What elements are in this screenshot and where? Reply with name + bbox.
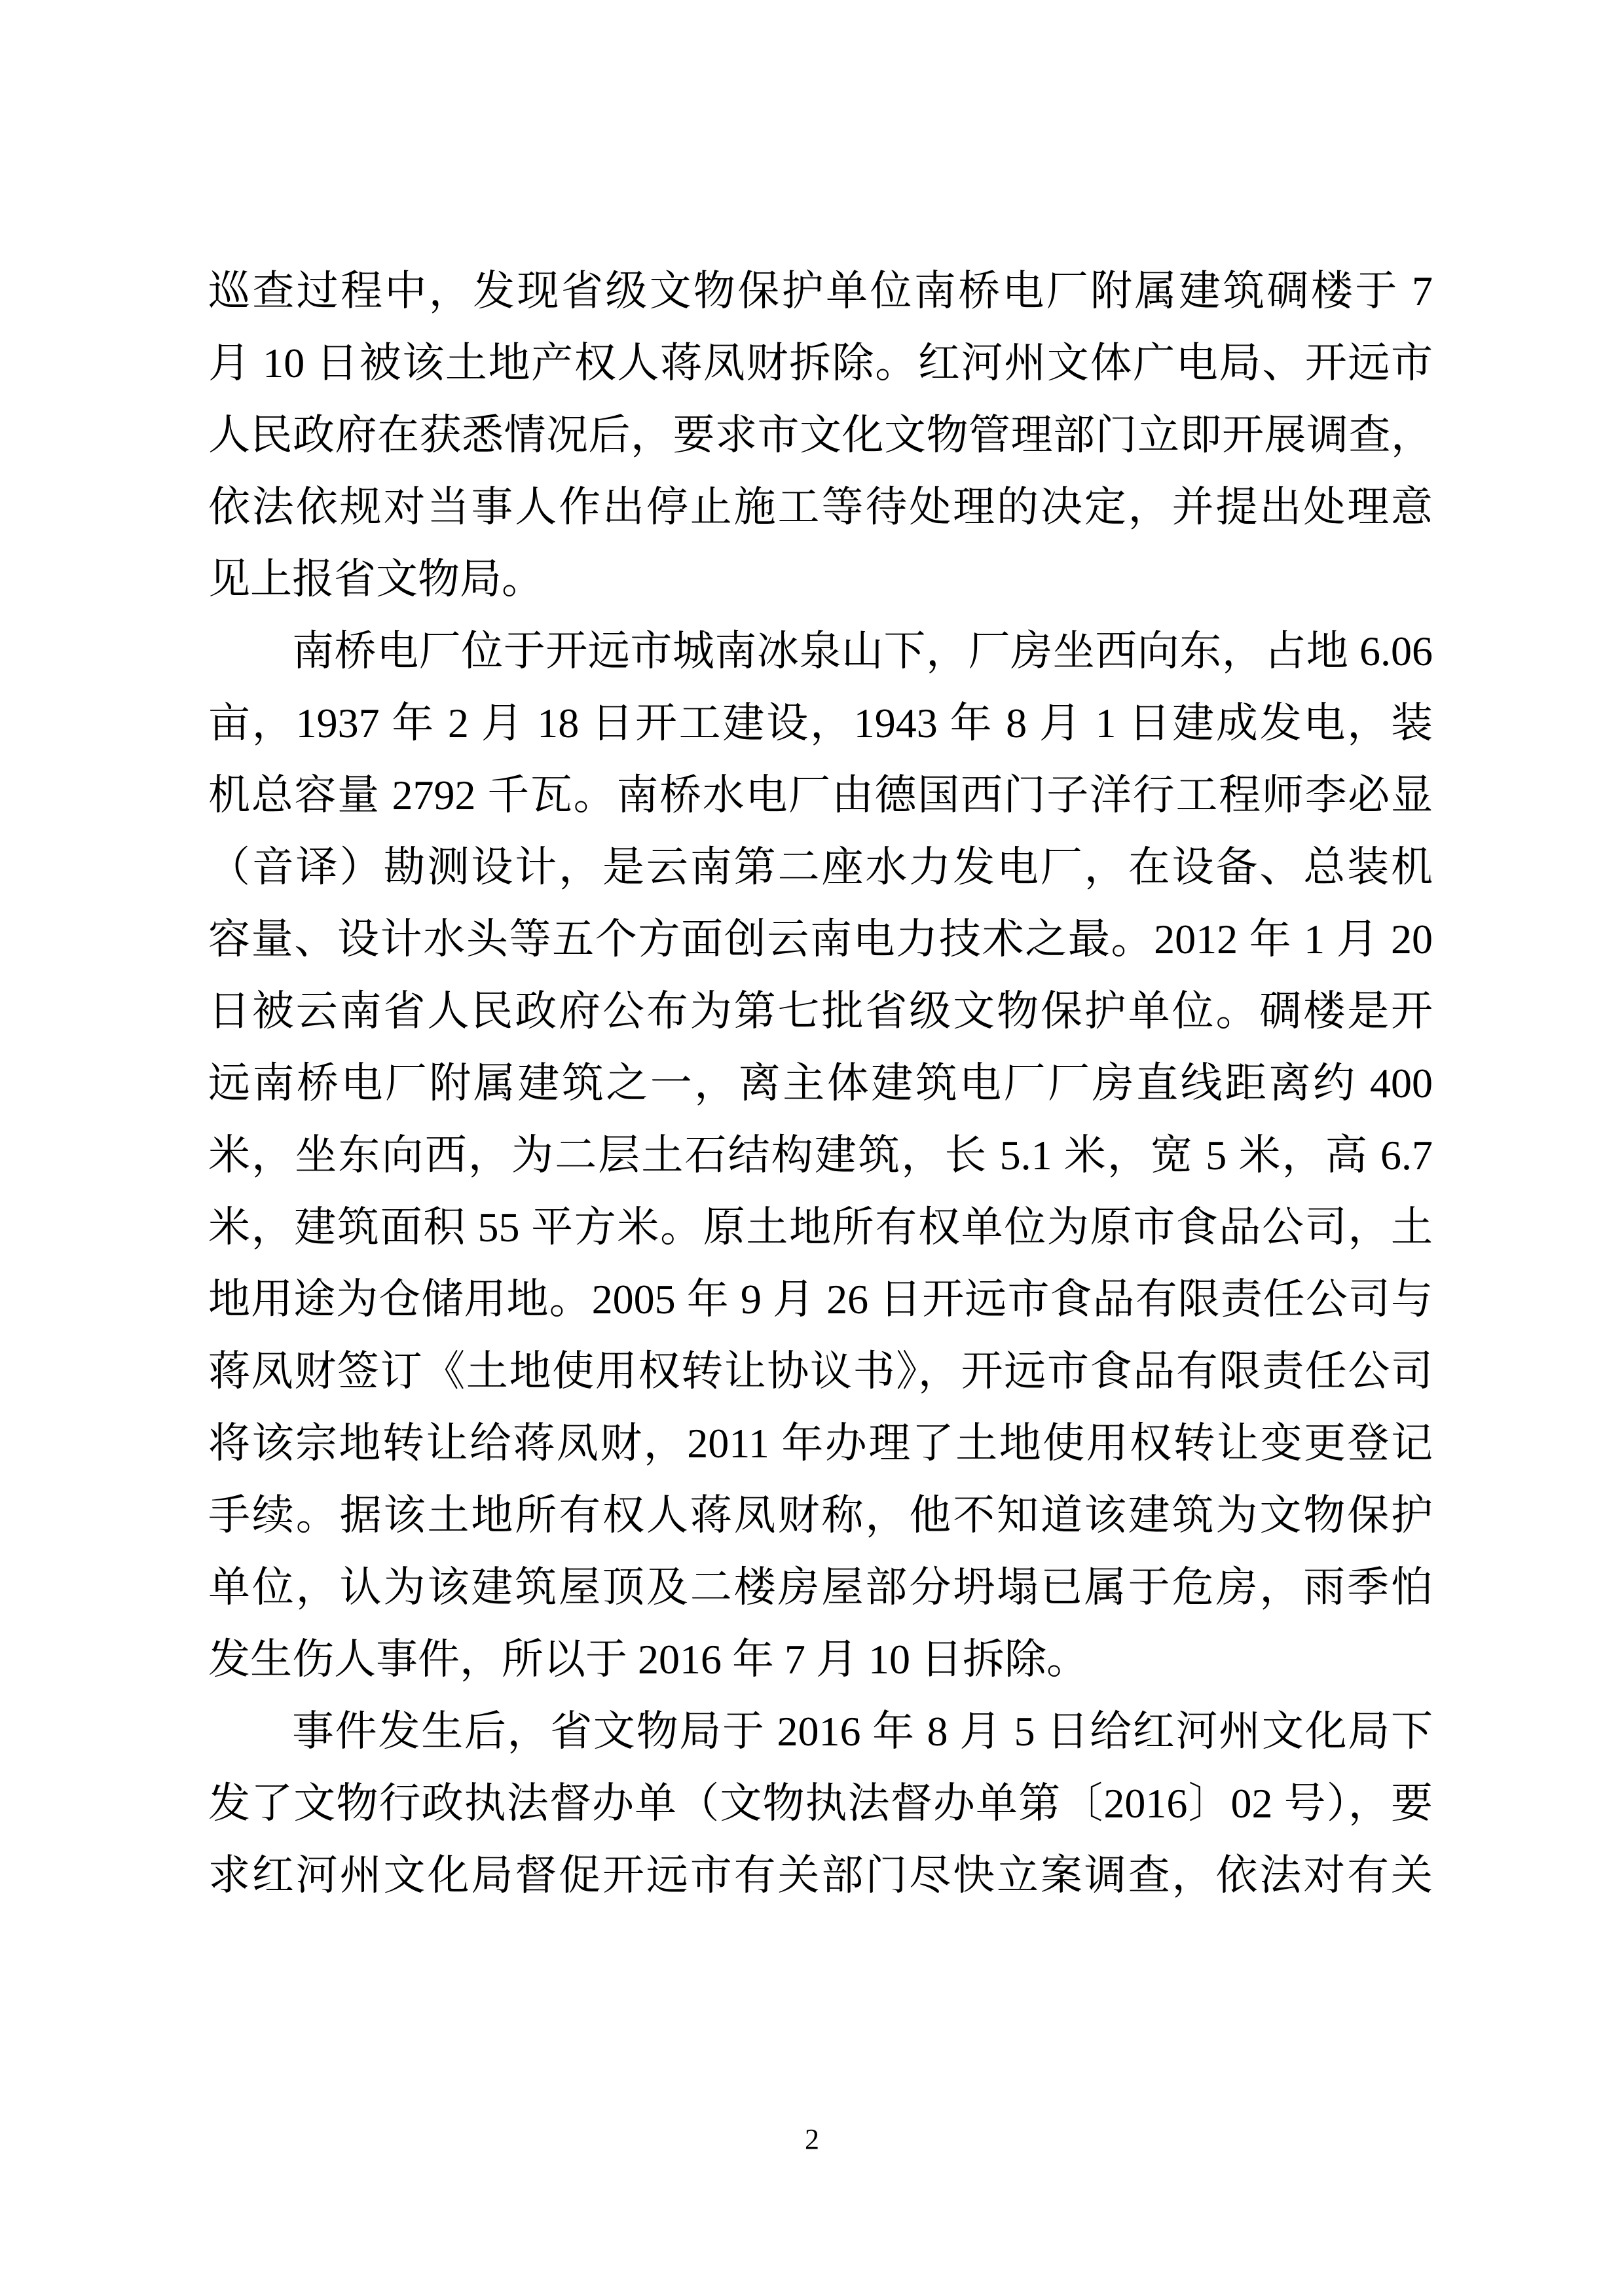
text-line: 地用途为仓储用地。2005 年 9 月 26 日开远市食品有限责任公司与 <box>208 1264 1433 1336</box>
text-line: 南桥电厂位于开远市城南冰泉山下，厂房坐西向东，占地 6.06 <box>208 615 1433 687</box>
text-line: 发了文物行政执法督办单（文物执法督办单第〔2016〕02 号），要 <box>208 1768 1433 1840</box>
text-line: 蒋凤财签订《土地使用权转让协议书》，开远市食品有限责任公司 <box>208 1336 1433 1408</box>
text-line: 远南桥电厂附属建筑之一，离主体建筑电厂厂房直线距离约 400 <box>208 1048 1433 1120</box>
text-line: 发生伤人事件，所以于 2016 年 7 月 10 日拆除。 <box>208 1624 1433 1696</box>
text-line: 事件发生后，省文物局于 2016 年 8 月 5 日给红河州文化局下 <box>208 1696 1433 1768</box>
text-line: 米，建筑面积 55 平方米。原土地所有权单位为原市食品公司，土 <box>208 1192 1433 1264</box>
text-line: 巡查过程中，发现省级文物保护单位南桥电厂附属建筑碉楼于 7 <box>208 255 1433 327</box>
page-number: 2 <box>0 2120 1624 2159</box>
text-line: 日被云南省人民政府公布为第七批省级文物保护单位。碉楼是开 <box>208 975 1433 1048</box>
text-line: 将该宗地转让给蒋凤财，2011 年办理了土地使用权转让变更登记 <box>208 1408 1433 1480</box>
text-line: 求红河州文化局督促开远市有关部门尽快立案调查，依法对有关 <box>208 1840 1433 1912</box>
text-line: 单位，认为该建筑屋顶及二楼房屋部分坍塌已属于危房，雨季怕 <box>208 1552 1433 1624</box>
text-line: 容量、设计水头等五个方面创云南电力技术之最。2012 年 1 月 20 <box>208 903 1433 975</box>
text-line: 月 10 日被该土地产权人蒋凤财拆除。红河州文体广电局、开远市 <box>208 327 1433 399</box>
body-text: 巡查过程中，发现省级文物保护单位南桥电厂附属建筑碉楼于 7 月 10 日被该土地… <box>208 255 1433 1912</box>
text-line: 机总容量 2792 千瓦。南桥水电厂由德国西门子洋行工程师李必显 <box>208 759 1433 831</box>
document-page: 巡查过程中，发现省级文物保护单位南桥电厂附属建筑碉楼于 7 月 10 日被该土地… <box>0 0 1624 2296</box>
text-line: 手续。据该土地所有权人蒋凤财称，他不知道该建筑为文物保护 <box>208 1480 1433 1552</box>
text-line: 米，坐东向西，为二层土石结构建筑，长 5.1 米，宽 5 米，高 6.7 <box>208 1120 1433 1192</box>
text-line: （音译）勘测设计，是云南第二座水力发电厂，在设备、总装机 <box>208 831 1433 903</box>
text-line: 见上报省文物局。 <box>208 543 1433 615</box>
text-line: 亩，1937 年 2 月 18 日开工建设，1943 年 8 月 1 日建成发电… <box>208 687 1433 759</box>
text-line: 依法依规对当事人作出停止施工等待处理的决定，并提出处理意 <box>208 471 1433 543</box>
text-line: 人民政府在获悉情况后，要求市文化文物管理部门立即开展调查， <box>208 399 1433 471</box>
